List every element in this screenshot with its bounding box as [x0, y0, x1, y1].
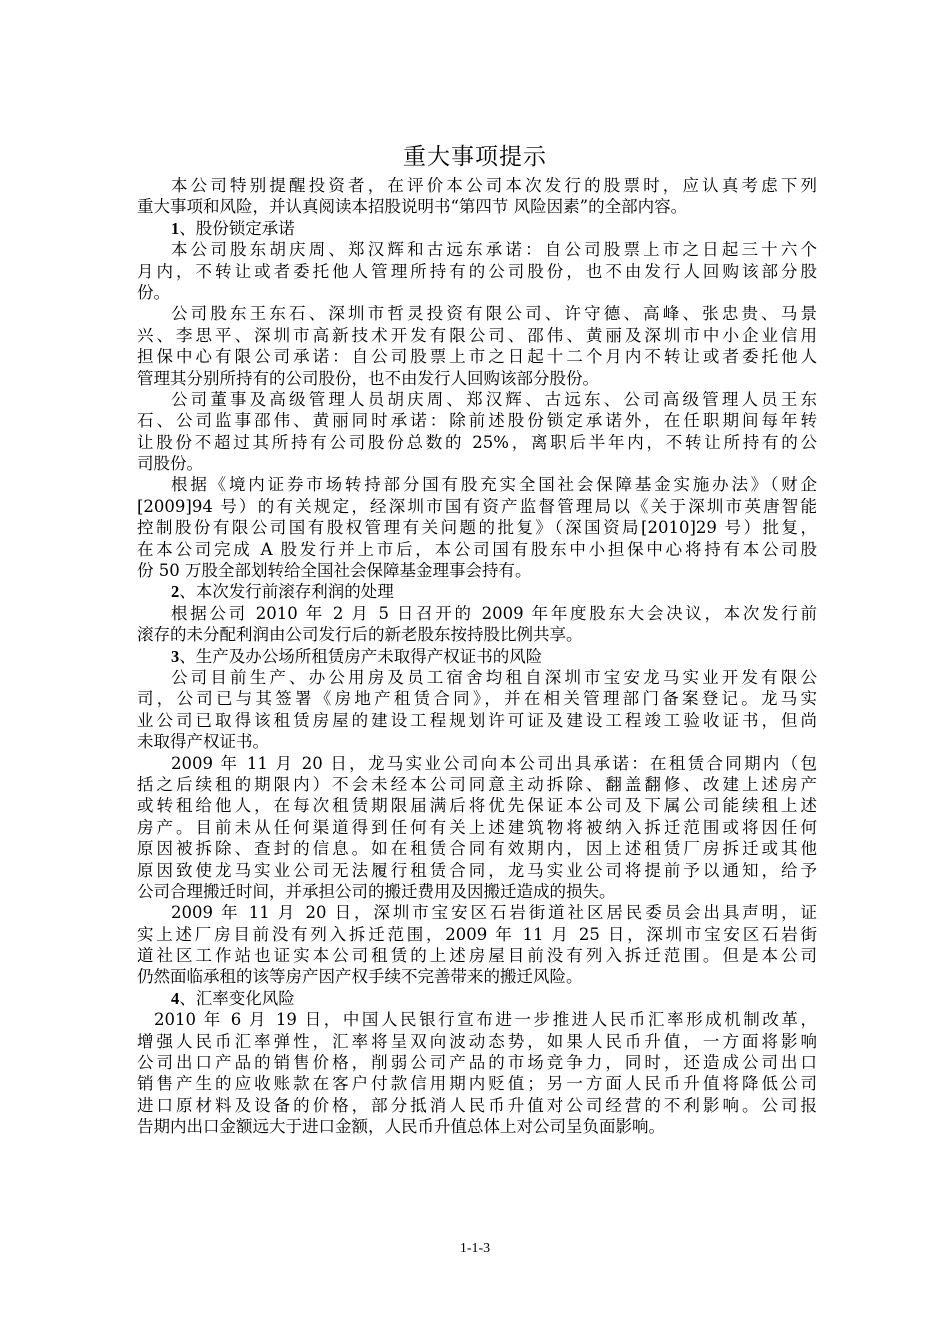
text-line: 滚存的未分配利润由公司发行后的新老股东按持股比例共享。 — [137, 624, 817, 645]
text-line: 司，公司已与其签署《房地产租赁合同》，并在相关管理部门备案登记。龙马实 — [137, 688, 817, 709]
document-page: 重大事项提示 本公司特别提醒投资者，在评价本公司本次发行的股票时，应认真考虑下列… — [0, 0, 950, 1344]
paragraph: 公司股东王东石、深圳市哲灵投资有限公司、许守德、高峰、张忠贵、马景 兴、李思平、… — [137, 303, 817, 389]
text-line: 控制股份有限公司国有股权管理有关问题的批复》（深国资局[2010]29 号）批复… — [137, 517, 817, 538]
text-line: 份。 — [137, 282, 817, 303]
paragraph: 2010 年 6 月 19 日，中国人民银行宣布进一步推进人民币汇率形成机制改革… — [137, 1009, 817, 1137]
text-line: 公司合理搬迁时间，并承担公司的搬迁费用及因搬迁造成的损失。 — [137, 881, 817, 902]
paragraph: 根据公司 2010 年 2 月 5 日召开的 2009 年年度股东大会决议，本次… — [137, 603, 817, 646]
text-line: 份 50 万股全部划转给全国社会保障基金理事会持有。 — [137, 560, 817, 581]
text-line: 2009 年 11 月 20 日，深圳市宝安区石岩街道社区居民委员会出具声明，证 — [137, 902, 817, 923]
document-body: 本公司特别提醒投资者，在评价本公司本次发行的股票时，应认真考虑下列 重大事项和风… — [137, 175, 817, 1138]
paragraph: 本公司股东胡庆周、郑汉辉和古远东承诺：自公司股票上市之日起三十六个 月内，不转让… — [137, 239, 817, 303]
text-line: 石、公司监事邵伟、黄丽同时承诺：除前述股份锁定承诺外，在任职期间每年转 — [137, 410, 817, 431]
paragraph: 2009 年 11 月 20 日，深圳市宝安区石岩街道社区居民委员会出具声明，证… — [137, 902, 817, 988]
text-line: 业公司已取得该租赁房屋的建设工程规划许可证及建设工程竣工验收证书，但尚 — [137, 710, 817, 731]
section-heading: 4、汇率变化风险 — [137, 988, 817, 1009]
intro-paragraph: 本公司特别提醒投资者，在评价本公司本次发行的股票时，应认真考虑下列 重大事项和风… — [137, 175, 817, 218]
paragraph: 根据《境内证券市场转持部分国有股充实全国社会保障基金实施办法》（财企 [2009… — [137, 474, 817, 581]
text-line: 重大事项和风险，并认真阅读本招股说明书“第四节 风险因素”的全部内容。 — [137, 196, 817, 217]
text-line: 进口原材料及设备的价格，部分抵消人民币升值对公司经营的不利影响。公司报 — [137, 1095, 817, 1116]
text-line: 根据《境内证券市场转持部分国有股充实全国社会保障基金实施办法》（财企 — [137, 474, 817, 495]
text-line: 司股份。 — [137, 453, 817, 474]
text-line: 原因被拆除、查封的信息。如在租赁合同有效期内，因上述租赁厂房拆迁或其他 — [137, 838, 817, 859]
text-line: 月内，不转让或者委托他人管理所持有的公司股份，也不由发行人回购该部分股 — [137, 261, 817, 282]
text-line: 仍然面临承租的该等房产因产权手续不完善带来的搬迁风险。 — [137, 966, 817, 987]
text-line: 公司股东王东石、深圳市哲灵投资有限公司、许守德、高峰、张忠贵、马景 — [137, 303, 817, 324]
paragraph: 公司目前生产、办公用房及员工宿舍均租自深圳市宝安龙马实业开发有限公 司，公司已与… — [137, 667, 817, 753]
text-line: 实上述厂房目前没有列入拆迁范围，2009 年 11 月 25 日，深圳市宝安区石… — [137, 924, 817, 945]
text-line: 销售产生的应收账款在客户付款信用期内贬值；另一方面人民币升值将降低公司 — [137, 1073, 817, 1094]
text-line: 本公司股东胡庆周、郑汉辉和古远东承诺：自公司股票上市之日起三十六个 — [137, 239, 817, 260]
text-line: [2009]94 号）的有关规定，经深圳市国有资产监督管理局以《关于深圳市英唐智… — [137, 496, 817, 517]
text-line: 增强人民币汇率弹性，汇率将呈双向波动态势，如果人民币升值，一方面将影响 — [137, 1031, 817, 1052]
text-line: 告期内出口金额远大于进口金额，人民币升值总体上对公司呈负面影响。 — [137, 1116, 817, 1137]
text-line: 公司出口产品的销售价格，削弱公司产品的市场竞争力，同时，还造成公司出口 — [137, 1052, 817, 1073]
text-line: 公司董事及高级管理人员胡庆周、郑汉辉、古远东、公司高级管理人员王东 — [137, 389, 817, 410]
section-share-lockup: 1、股份锁定承诺 本公司股东胡庆周、郑汉辉和古远东承诺：自公司股票上市之日起三十… — [137, 218, 817, 582]
paragraph: 公司董事及高级管理人员胡庆周、郑汉辉、古远东、公司高级管理人员王东 石、公司监事… — [137, 389, 817, 475]
text-line: 2010 年 6 月 19 日，中国人民银行宣布进一步推进人民币汇率形成机制改革… — [137, 1009, 817, 1030]
text-line: 让股份不超过其所持有公司股份总数的 25%，离职后半年内，不转让所持有的公 — [137, 432, 817, 453]
text-line: 或转租给他人，在每次租赁期限届满后将优先保证本公司及下属公司能续租上述 — [137, 795, 817, 816]
paragraph: 2009 年 11 月 20 日，龙马实业公司向本公司出具承诺：在租赁合同期内（… — [137, 753, 817, 903]
text-line: 房产。目前未从任何渠道得到任何有关上述建筑物将被纳入拆迁范围或将因任何 — [137, 817, 817, 838]
page-number: 1-1-3 — [0, 1241, 950, 1257]
text-line: 公司目前生产、办公用房及员工宿舍均租自深圳市宝安龙马实业开发有限公 — [137, 667, 817, 688]
text-line: 根据公司 2010 年 2 月 5 日召开的 2009 年年度股东大会决议，本次… — [137, 603, 817, 624]
text-line: 2009 年 11 月 20 日，龙马实业公司向本公司出具承诺：在租赁合同期内（… — [137, 753, 817, 774]
section-heading: 1、股份锁定承诺 — [137, 218, 817, 239]
text-line: 原因致使龙马实业公司无法履行租赁合同，龙马实业公司将提前予以通知，给予 — [137, 860, 817, 881]
text-line: 本公司特别提醒投资者，在评价本公司本次发行的股票时，应认真考虑下列 — [137, 175, 817, 196]
section-leased-property-risk: 3、生产及办公场所租赁房产未取得产权证书的风险 公司目前生产、办公用房及员工宿舍… — [137, 646, 817, 988]
section-retained-profit: 2、本次发行前滚存利润的处理 根据公司 2010 年 2 月 5 日召开的 20… — [137, 581, 817, 645]
section-heading: 3、生产及办公场所租赁房产未取得产权证书的风险 — [137, 646, 817, 667]
text-line: 括之后续租的期限内）不会未经本公司同意主动拆除、翻盖翻修、改建上述房产 — [137, 774, 817, 795]
text-line: 管理其分别所持有的公司股份，也不由发行人回购该部分股份。 — [137, 368, 817, 389]
text-line: 道社区工作站也证实本公司租赁的上述房屋目前没有列入拆迁范围。但是本公司 — [137, 945, 817, 966]
text-line: 担保中心有限公司承诺：自公司股票上市之日起十二个月内不转让或者委托他人 — [137, 346, 817, 367]
text-line: 未取得产权证书。 — [137, 731, 817, 752]
page-title: 重大事项提示 — [0, 142, 950, 172]
section-heading: 2、本次发行前滚存利润的处理 — [137, 581, 817, 602]
text-line: 兴、李思平、深圳市高新技术开发有限公司、邵伟、黄丽及深圳市中小企业信用 — [137, 325, 817, 346]
text-line: 在本公司完成 A 股发行并上市后，本公司国有股东中小担保中心将持有本公司股 — [137, 539, 817, 560]
section-exchange-rate-risk: 4、汇率变化风险 2010 年 6 月 19 日，中国人民银行宣布进一步推进人民… — [137, 988, 817, 1138]
